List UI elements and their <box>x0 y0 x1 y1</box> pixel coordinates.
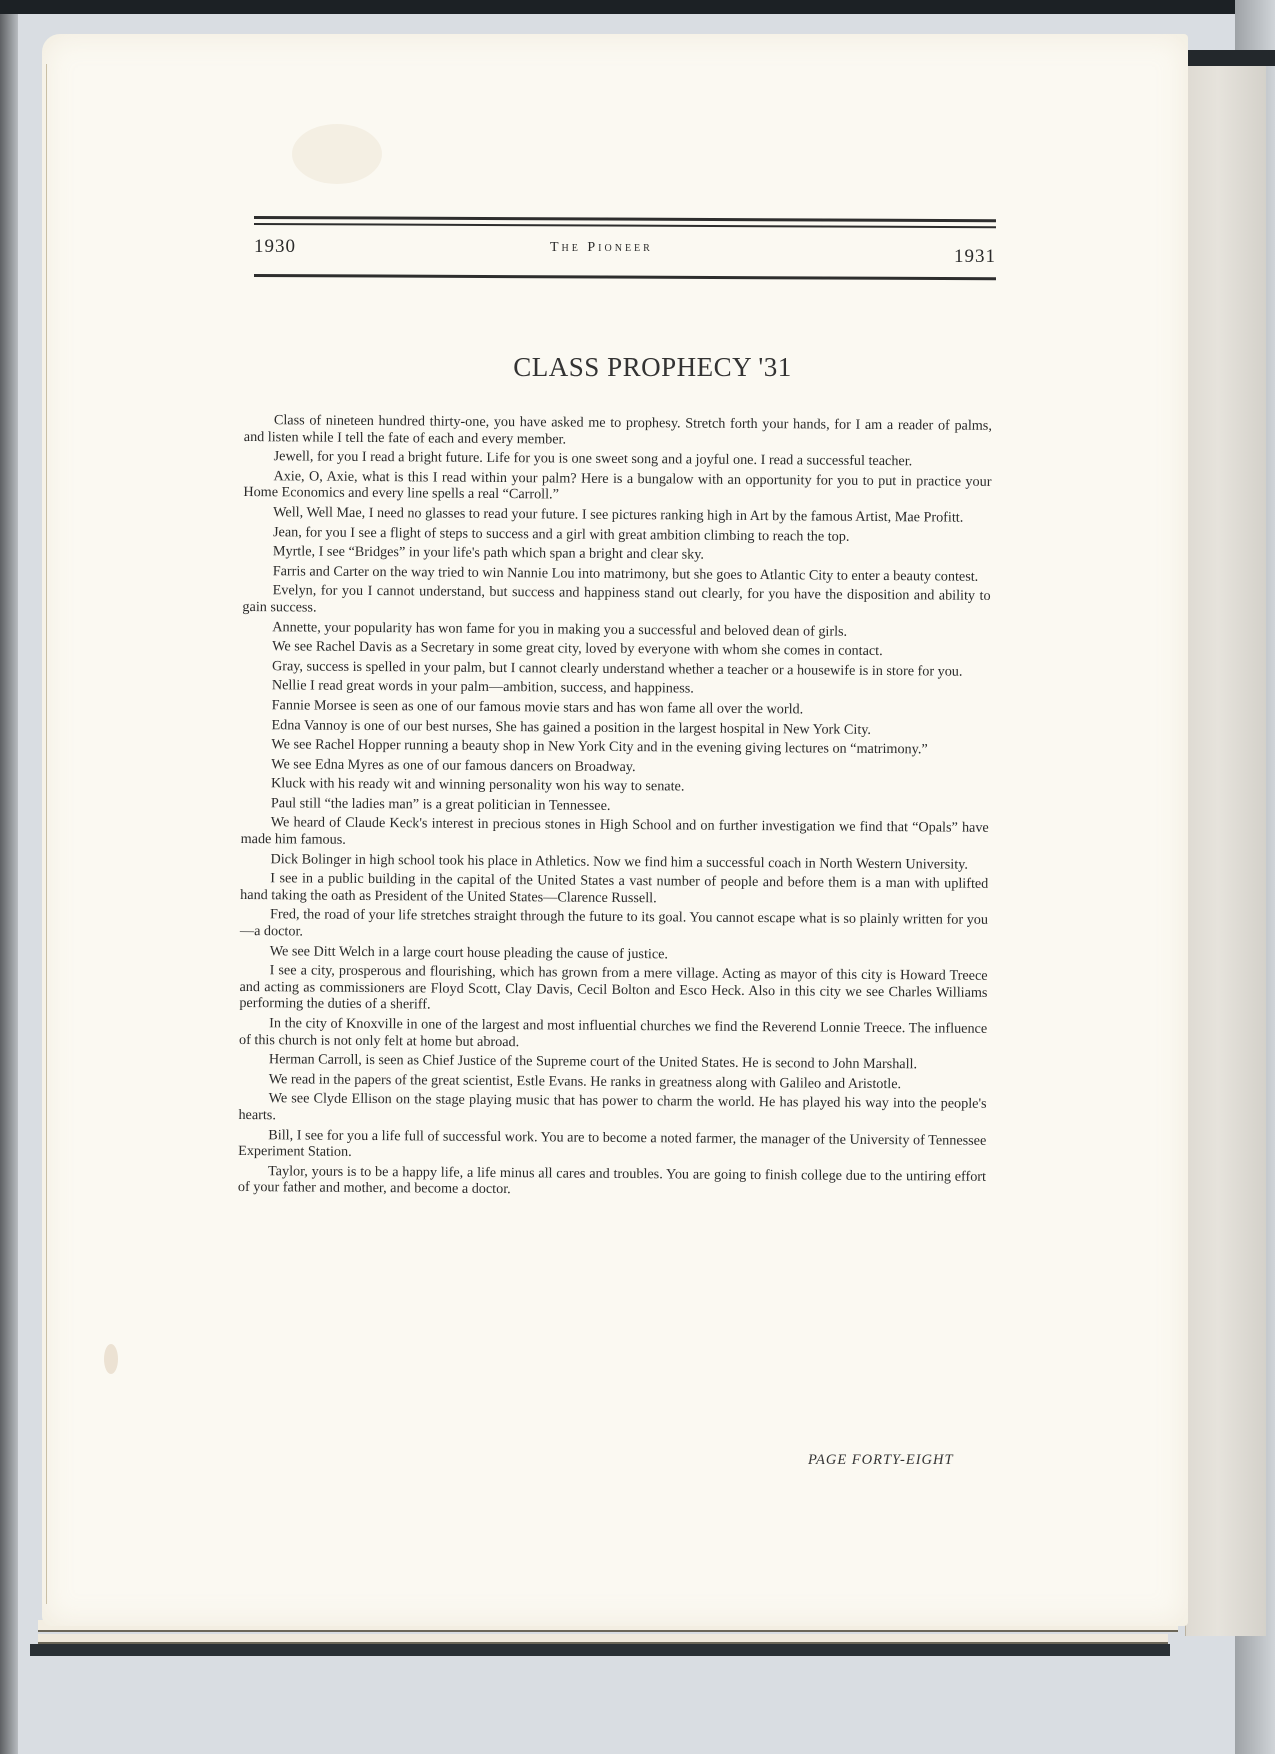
paragraph: Myrtle, I see “Bridges” in your life's p… <box>243 543 991 565</box>
book-spine-top <box>1178 50 1275 66</box>
adjacent-page-edge <box>1185 66 1266 1636</box>
running-header: 1930 The Pioneer 1931 <box>254 216 996 286</box>
header-year-right: 1931 <box>954 246 996 268</box>
header-year-left: 1930 <box>254 236 296 258</box>
paragraph: Jean, for you I see a flight of steps to… <box>243 524 991 546</box>
book-cover-top-edge <box>0 0 1275 14</box>
paragraph: Kluck with his ready wit and winning per… <box>241 775 989 797</box>
paragraph: We see Ditt Welch in a large court house… <box>240 943 988 965</box>
paragraph: Paul still “the ladies man” is a great p… <box>241 795 989 817</box>
paragraph: Taylor, yours is to be a happy life, a l… <box>238 1163 986 1202</box>
paragraph: We see Rachel Davis as a Secretary in so… <box>242 638 990 660</box>
paragraph: Jewell, for you I read a bright future. … <box>244 448 992 470</box>
paragraph: Evelyn, for you I cannot understand, but… <box>242 582 990 621</box>
paragraph: Dick Bolinger in high school took his pl… <box>240 851 988 873</box>
page-stack-bottom <box>30 1620 1180 1660</box>
paragraph: Bill, I see for you a life full of succe… <box>238 1127 986 1166</box>
paragraph: We see Edna Myres as one of our famous d… <box>241 756 989 778</box>
paragraph: I see a city, prosperous and flourishing… <box>239 962 987 1018</box>
book-cover-left-edge <box>0 0 18 1754</box>
page-title: CLASS PROPHECY '31 <box>0 352 1275 383</box>
paragraph: Fannie Morsee is seen as one of our famo… <box>242 697 990 719</box>
paragraph: Well, Well Mae, I need no glasses to rea… <box>243 504 991 526</box>
header-rule-top <box>254 216 996 222</box>
paragraph: Gray, success is spelled in your palm, b… <box>242 658 990 680</box>
prophecy-body: Class of nineteen hundred thirty-one, yo… <box>238 412 992 1205</box>
page-inner-edge <box>46 64 53 1604</box>
paragraph: Fred, the road of your life stretches st… <box>240 906 988 945</box>
paragraph: We heard of Claude Keck's interest in pr… <box>241 814 989 853</box>
paragraph: We see Rachel Hopper running a beauty sh… <box>241 736 989 758</box>
header-publication-title: The Pioneer <box>550 240 653 256</box>
header-rule-top-thin <box>254 223 996 228</box>
book-cover-bottom-edge <box>30 1644 1170 1656</box>
header-rule-bottom <box>254 274 996 280</box>
paragraph: We see Clyde Ellison on the stage playin… <box>238 1090 986 1129</box>
paragraph: Annette, your popularity has won fame fo… <box>242 619 990 641</box>
paragraph: Axie, O, Axie, what is this I read withi… <box>243 468 991 507</box>
paragraph: Class of nineteen hundred thirty-one, yo… <box>244 412 992 451</box>
paragraph: We read in the papers of the great scien… <box>239 1071 987 1093</box>
paper-smudge <box>104 1344 118 1374</box>
paper-stain <box>292 124 382 184</box>
paragraph: In the city of Knoxville in one of the l… <box>239 1015 987 1054</box>
page-number-footer: PAGE FORTY-EIGHT <box>808 1452 954 1469</box>
page-edge <box>38 1634 1168 1644</box>
paragraph: Herman Carroll, is seen as Chief Justice… <box>239 1051 987 1073</box>
paragraph: Nellie I read great words in your palm—a… <box>242 677 990 699</box>
paragraph: Edna Vannoy is one of our best nurses, S… <box>241 716 989 738</box>
paragraph: Farris and Carter on the way tried to wi… <box>243 563 991 585</box>
paragraph: I see in a public building in the capita… <box>240 870 988 909</box>
